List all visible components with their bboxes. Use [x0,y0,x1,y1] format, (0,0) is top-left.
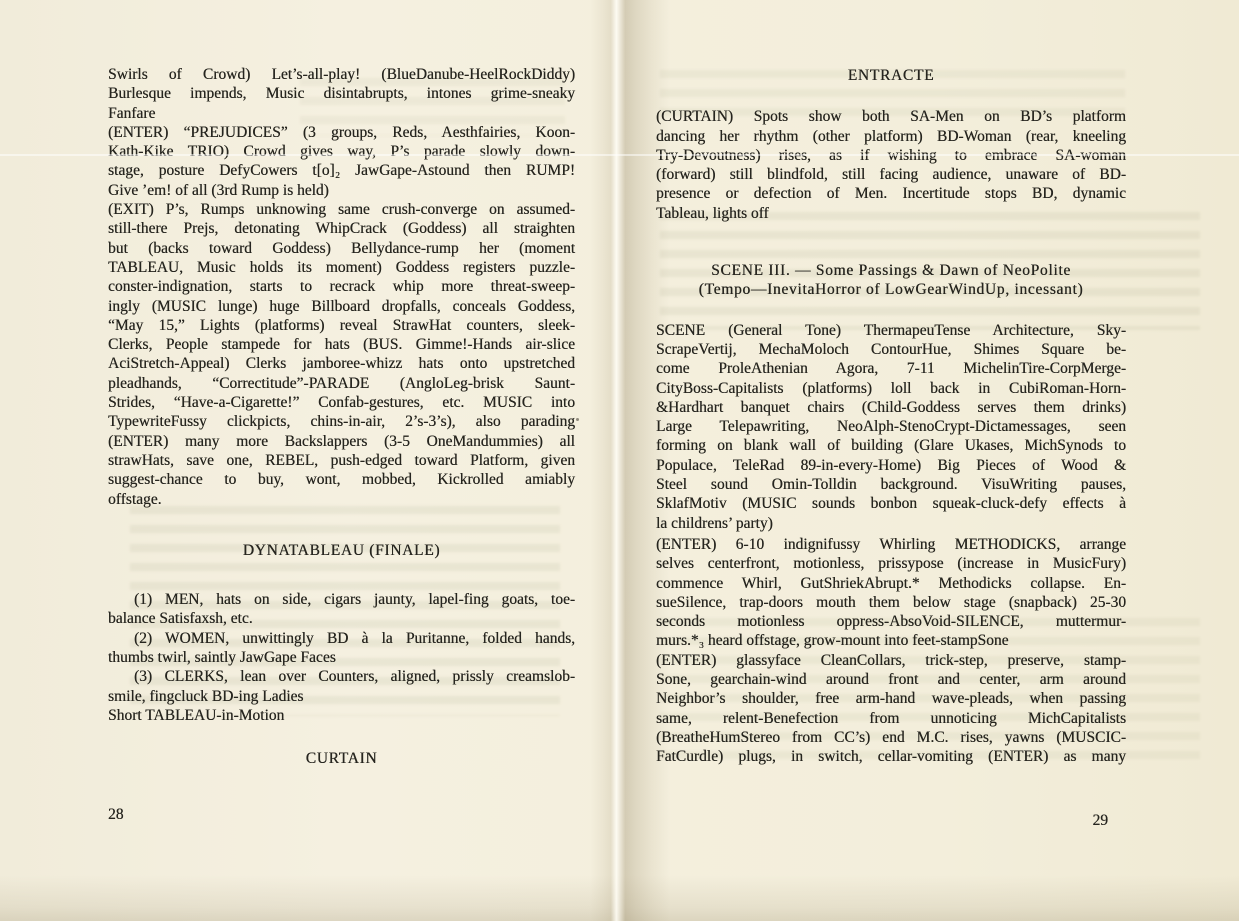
text-line: Steel sound Omin-Tolldin background. Vis… [656,475,1126,494]
page-number-left: 28 [108,806,124,824]
section-heading: ENTRACTE [656,66,1126,85]
text-line: still-there Prejs, detonating WhipCrack … [108,219,575,238]
text-line: (ENTER) many more Backslappers (3-5 OneM… [108,432,575,451]
paragraph: (ENTER) 6-10 indignifussy Whirling METHO… [656,535,1126,651]
book-spread: Swirls of Crowd) Let’s-all-play! (BlueDa… [0,0,1239,921]
text-line: (ENTER) 6-10 indignifussy Whirling METHO… [656,535,1126,554]
paper-speck [576,418,579,421]
text-line: Large Telepawriting, NeoAlph-StenoCrypt-… [656,417,1126,436]
section-heading: DYNATABLEAU (FINALE) [108,541,575,560]
text-line: selves centerfront, motionless, prissypo… [656,554,1126,573]
text-line: same, relent-Benefection from unnoticing… [656,709,1126,728]
page-right-text-column: ENTRACTE(CURTAIN) Spots show both SA-Men… [656,66,1126,767]
text-line: Clerks, People stampede for hats (BUS. G… [108,335,575,354]
text-line: &Hardhart banquet chairs (Child-Goddess … [656,398,1126,417]
text-line: Burlesque impends, Music disintabrupts, … [108,84,575,103]
text-line: SklafMotiv (MUSIC sounds bonbon squeak-c… [656,494,1126,513]
text-line: thumbs twirl, saintly JawGape Faces [108,648,575,667]
text-line: Give ’em! of all (3rd Rump is held) [108,181,575,200]
paragraph: (EXIT) P’s, Rumps unknowing same crush-c… [108,200,575,509]
text-line: strawHats, save one, REBEL, push-edged t… [108,451,575,470]
text-line: come ProleAthenian Agora, 7-11 MichelinT… [656,359,1126,378]
paragraph: (1) MEN, hats on side, cigars jaunty, la… [108,590,575,629]
text-line: la childrens’ party) [656,514,1126,533]
text-line: Fanfare [108,104,575,123]
text-line: FatCurdle) plugs, in switch, cellar-vomi… [656,747,1126,766]
section-heading: CURTAIN [108,749,575,768]
text-line: commence Whirl, GutShriekAbrupt.* Method… [656,574,1126,593]
section-heading: SCENE III. — Some Passings & Dawn of Neo… [656,261,1126,280]
text-line: (ENTER) glassyface CleanCollars, trick-s… [656,651,1126,670]
paragraph: (CURTAIN) Spots show both SA-Men on BD’s… [656,107,1126,223]
text-line: Sone, gearchain-wind around front and ce… [656,670,1126,689]
text-line: (BreatheHumStereo from CC’s) end M.C. ri… [656,728,1126,747]
text-line: Populace, TeleRad 89-in-every-Home) Big … [656,456,1126,475]
text-line: smile, fingcluck BD-ing Ladies [108,687,575,706]
text-line: (EXIT) P’s, Rumps unknowing same crush-c… [108,200,575,219]
text-line: Short TABLEAU-in-Motion [108,706,575,725]
paragraph: (3) CLERKS, lean over Counters, aligned,… [108,667,575,706]
paragraph: (2) WOMEN, unwittingly BD à la Puritanne… [108,629,575,668]
text-line: Strides, “Have-a-Cigarette!” Confab-gest… [108,393,575,412]
text-line: conster-indignation, starts to recrack w… [108,277,575,296]
text-line: (3) CLERKS, lean over Counters, aligned,… [108,667,575,686]
paragraph: Swirls of Crowd) Let’s-all-play! (BlueDa… [108,65,575,123]
text-line: but (backs toward Goddess) Bellydance-ru… [108,239,575,258]
text-line: ingly (MUSIC lunge) huge Billboard dropf… [108,297,575,316]
text-line: (CURTAIN) Spots show both SA-Men on BD’s… [656,107,1126,126]
paragraph: Short TABLEAU-in-Motion [108,706,575,725]
text-line: TABLEAU, Music holds its moment) Goddess… [108,258,575,277]
text-line: TypewriteFussy clickpicts, chins-in-air,… [108,412,575,431]
paper-scratch-line [0,154,1239,156]
page-number-right: 29 [656,812,1108,830]
paper-speck [1100,195,1103,198]
text-line: (1) MEN, hats on side, cigars jaunty, la… [108,590,575,609]
text-line: (ENTER) “PREJUDICES” (3 groups, Reds, Ae… [108,123,575,142]
text-line: balance Satisfaxsh, etc. [108,609,575,628]
text-line: dancing her rhythm (other platform) BD-W… [656,127,1126,146]
text-line: Swirls of Crowd) Let’s-all-play! (BlueDa… [108,65,575,84]
text-line: presence or defection of Men. Incertitud… [656,184,1126,203]
text-line: stage, posture DefyCowers t[o]₂ JawGape-… [108,161,575,180]
text-line: pleadhands, “Correctitude”-PARADE (Anglo… [108,374,575,393]
text-line: murs.*₃ heard offstage, grow-mount into … [656,631,1126,650]
text-line: SCENE (General Tone) ThermapeuTense Arch… [656,321,1126,340]
text-line: Neighbor’s shoulder, free arm-hand wave-… [656,689,1126,708]
text-line: offstage. [108,490,575,509]
text-line: seconds motionless oppress-AbsoVoid-SILE… [656,612,1126,631]
section-heading: (Tempo—InevitaHorror of LowGearWindUp, i… [656,280,1126,299]
text-line: AciStretch-Appeal) Clerks jamboree-whizz… [108,354,575,373]
text-line: CityBoss-Capitalists (platforms) loll ba… [656,379,1126,398]
text-line: Kath-Kike TRIO) Crowd gives way, P’s par… [108,142,575,161]
page-left-text-column: Swirls of Crowd) Let’s-all-play! (BlueDa… [108,65,575,769]
text-line: suggest-chance to buy, wont, mobbed, Kic… [108,470,575,489]
text-line: ScrapeVertij, MechaMoloch ContourHue, Sh… [656,340,1126,359]
text-line: forming on blank wall of building (Glare… [656,436,1126,455]
paragraph: (ENTER) glassyface CleanCollars, trick-s… [656,651,1126,767]
paragraph: SCENE (General Tone) ThermapeuTense Arch… [656,321,1126,533]
text-line: (2) WOMEN, unwittingly BD à la Puritanne… [108,629,575,648]
text-line: (forward) still blindfold, still facing … [656,165,1126,184]
text-line: sueSilence, trap-doors mouth them below … [656,593,1126,612]
paragraph: (ENTER) “PREJUDICES” (3 groups, Reds, Ae… [108,123,575,200]
text-line: “May 15,” Lights (platforms) reveal Stra… [108,316,575,335]
text-line: Tableau, lights off [656,204,1126,223]
